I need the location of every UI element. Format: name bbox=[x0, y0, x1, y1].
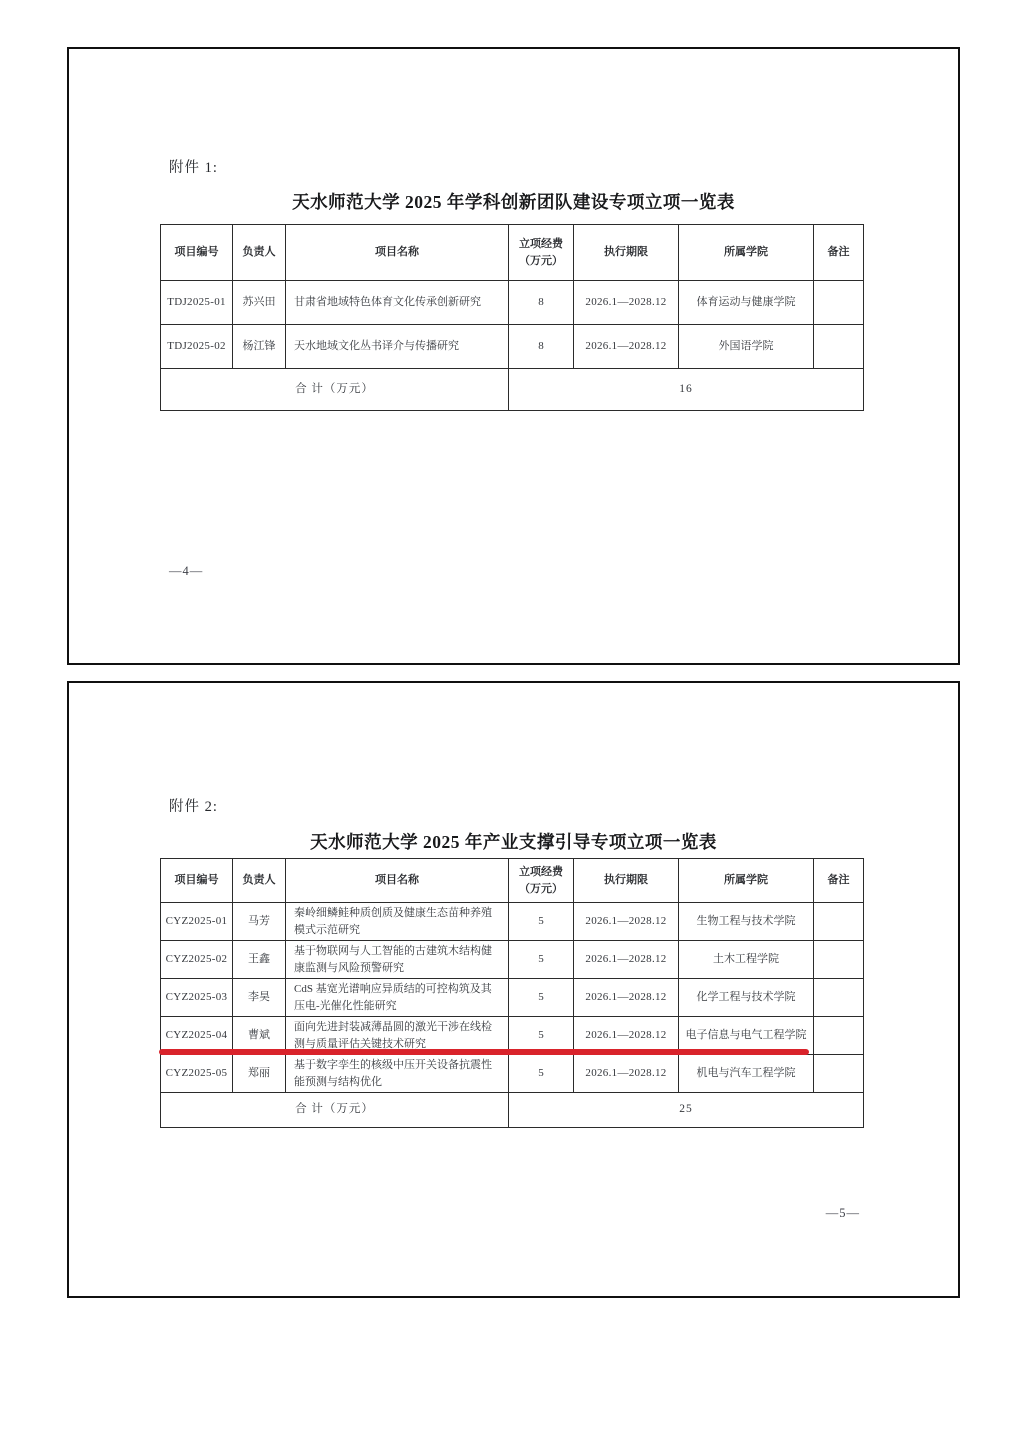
header-period: 执行期限 bbox=[574, 859, 679, 903]
page-number-4: —4— bbox=[169, 564, 203, 579]
cell-note bbox=[814, 1017, 864, 1055]
cell-note bbox=[814, 941, 864, 979]
table-row: CYZ2025-03 李昊 CdS 基宽光谱响应异质结的可控构筑及其压电-光催化… bbox=[161, 979, 864, 1017]
table-row: TDJ2025-02 杨江锋 天水地域文化丛书译介与传播研究 8 2026.1—… bbox=[161, 325, 864, 369]
attachment-2-label: 附件 2: bbox=[169, 795, 218, 816]
cell-college: 外国语学院 bbox=[679, 325, 814, 369]
cell-project-id: CYZ2025-05 bbox=[161, 1055, 233, 1093]
header-funding: 立项经费 （万元） bbox=[509, 859, 574, 903]
cell-project-name: 基于数字孪生的核级中压开关设备抗震性能预测与结构优化 bbox=[286, 1055, 509, 1093]
cell-college: 化学工程与技术学院 bbox=[679, 979, 814, 1017]
header-period: 执行期限 bbox=[574, 225, 679, 281]
header-note: 备注 bbox=[814, 225, 864, 281]
cell-period: 2026.1—2028.12 bbox=[574, 281, 679, 325]
cell-leader: 杨江锋 bbox=[233, 325, 286, 369]
table-2-header-row: 项目编号 负责人 项目名称 立项经费 （万元） 执行期限 所属学院 备注 bbox=[161, 859, 864, 903]
cell-note bbox=[814, 979, 864, 1017]
cell-leader: 苏兴田 bbox=[233, 281, 286, 325]
header-funding: 立项经费 （万元） bbox=[509, 225, 574, 281]
attachment-1-label: 附件 1: bbox=[169, 156, 218, 177]
table-1-header-row: 项目编号 负责人 项目名称 立项经费 （万元） 执行期限 所属学院 备注 bbox=[161, 225, 864, 281]
total-value: 16 bbox=[509, 369, 864, 411]
cell-project-name: 天水地域文化丛书译介与传播研究 bbox=[286, 325, 509, 369]
page-number-5: —5— bbox=[826, 1206, 860, 1221]
cell-leader: 李昊 bbox=[233, 979, 286, 1017]
cell-college: 体育运动与健康学院 bbox=[679, 281, 814, 325]
cell-funding: 5 bbox=[509, 979, 574, 1017]
cell-funding: 5 bbox=[509, 1055, 574, 1093]
total-label: 合 计（万元） bbox=[161, 1093, 509, 1128]
table-total-row: 合 计（万元） 25 bbox=[161, 1093, 864, 1128]
highlight-underline bbox=[159, 1049, 809, 1055]
cell-project-name: 秦岭细鳞鲑种质创质及健康生态苗种养殖模式示范研究 bbox=[286, 903, 509, 941]
header-project-id: 项目编号 bbox=[161, 225, 233, 281]
cell-project-id: CYZ2025-03 bbox=[161, 979, 233, 1017]
header-project-id: 项目编号 bbox=[161, 859, 233, 903]
header-project-name: 项目名称 bbox=[286, 225, 509, 281]
table-total-row: 合 计（万元） 16 bbox=[161, 369, 864, 411]
table-row: CYZ2025-02 王鑫 基于物联网与人工智能的古建筑木结构健康监测与风险预警… bbox=[161, 941, 864, 979]
cell-project-id: TDJ2025-01 bbox=[161, 281, 233, 325]
header-leader: 负责人 bbox=[233, 859, 286, 903]
table-row: CYZ2025-05 郑丽 基于数字孪生的核级中压开关设备抗震性能预测与结构优化… bbox=[161, 1055, 864, 1093]
cell-period: 2026.1—2028.12 bbox=[574, 1055, 679, 1093]
cell-leader: 郑丽 bbox=[233, 1055, 286, 1093]
table-row: TDJ2025-01 苏兴田 甘肃省地域特色体育文化传承创新研究 8 2026.… bbox=[161, 281, 864, 325]
page-2-title: 天水师范大学 2025 年产业支撑引导专项立项一览表 bbox=[69, 829, 958, 854]
cell-period: 2026.1—2028.12 bbox=[574, 941, 679, 979]
header-college: 所属学院 bbox=[679, 225, 814, 281]
page-1: 附件 1: 天水师范大学 2025 年学科创新团队建设专项立项一览表 项目编号 … bbox=[67, 47, 960, 665]
cell-project-id: CYZ2025-02 bbox=[161, 941, 233, 979]
header-project-name: 项目名称 bbox=[286, 859, 509, 903]
cell-leader: 王鑫 bbox=[233, 941, 286, 979]
document-canvas: 附件 1: 天水师范大学 2025 年学科创新团队建设专项立项一览表 项目编号 … bbox=[0, 0, 1024, 1448]
cell-period: 2026.1—2028.12 bbox=[574, 903, 679, 941]
total-label: 合 计（万元） bbox=[161, 369, 509, 411]
project-table-2: 项目编号 负责人 项目名称 立项经费 （万元） 执行期限 所属学院 备注 CYZ… bbox=[160, 858, 864, 1128]
header-college: 所属学院 bbox=[679, 859, 814, 903]
cell-project-name: CdS 基宽光谱响应异质结的可控构筑及其压电-光催化性能研究 bbox=[286, 979, 509, 1017]
cell-funding: 5 bbox=[509, 941, 574, 979]
cell-funding: 8 bbox=[509, 281, 574, 325]
cell-leader: 马芳 bbox=[233, 903, 286, 941]
cell-project-name: 基于物联网与人工智能的古建筑木结构健康监测与风险预警研究 bbox=[286, 941, 509, 979]
page-2: 附件 2: 天水师范大学 2025 年产业支撑引导专项立项一览表 项目编号 负责… bbox=[67, 681, 960, 1298]
cell-note bbox=[814, 281, 864, 325]
header-leader: 负责人 bbox=[233, 225, 286, 281]
project-table-1: 项目编号 负责人 项目名称 立项经费 （万元） 执行期限 所属学院 备注 TDJ… bbox=[160, 224, 864, 411]
cell-college: 土木工程学院 bbox=[679, 941, 814, 979]
header-note: 备注 bbox=[814, 859, 864, 903]
cell-funding: 8 bbox=[509, 325, 574, 369]
cell-college: 生物工程与技术学院 bbox=[679, 903, 814, 941]
cell-note bbox=[814, 903, 864, 941]
cell-note bbox=[814, 325, 864, 369]
cell-period: 2026.1—2028.12 bbox=[574, 979, 679, 1017]
page-1-title: 天水师范大学 2025 年学科创新团队建设专项立项一览表 bbox=[69, 189, 958, 214]
cell-project-id: TDJ2025-02 bbox=[161, 325, 233, 369]
cell-project-name: 甘肃省地域特色体育文化传承创新研究 bbox=[286, 281, 509, 325]
total-value: 25 bbox=[509, 1093, 864, 1128]
cell-college: 机电与汽车工程学院 bbox=[679, 1055, 814, 1093]
cell-period: 2026.1—2028.12 bbox=[574, 325, 679, 369]
cell-note bbox=[814, 1055, 864, 1093]
cell-funding: 5 bbox=[509, 903, 574, 941]
cell-project-id: CYZ2025-01 bbox=[161, 903, 233, 941]
table-row: CYZ2025-01 马芳 秦岭细鳞鲑种质创质及健康生态苗种养殖模式示范研究 5… bbox=[161, 903, 864, 941]
